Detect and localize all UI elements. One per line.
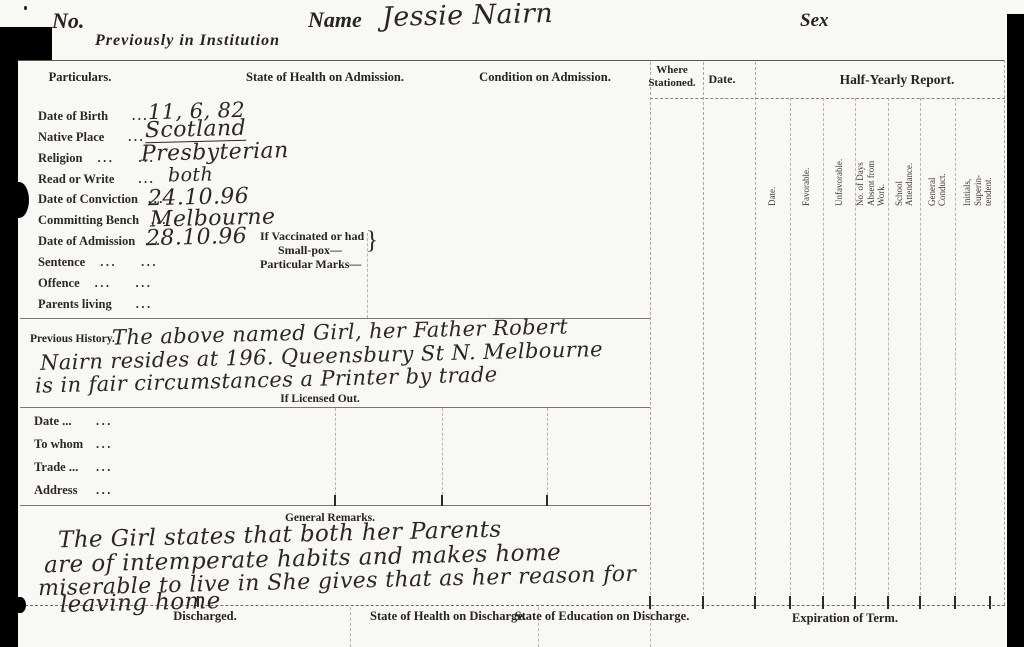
tick-mark	[954, 596, 956, 609]
col-header-date: Date.	[709, 72, 736, 87]
field-label: Parents living	[38, 297, 112, 311]
field-row-parents-living: Parents living...	[38, 297, 153, 315]
dot-leader: ...	[136, 297, 153, 311]
tick-mark	[754, 596, 756, 609]
tick-mark	[546, 495, 548, 506]
col-header-health-admission: State of Health on Admission.	[246, 70, 404, 85]
name-handwritten-value: Jessie Nairn	[382, 0, 554, 31]
rule-col-date-left	[703, 62, 704, 605]
dot-leader: ...	[96, 460, 113, 475]
value-religion: Presbyterian	[141, 140, 289, 166]
col-header-particulars: Particulars.	[49, 70, 112, 85]
scanned-record-page: No. Previously in Institution Name Jessi…	[0, 0, 1024, 647]
health-discharge-label: State of Health on Discharge.	[370, 609, 526, 624]
col-header-where-stationed: Where Stationed.	[648, 64, 695, 90]
licensed-row-date: Date ......	[34, 414, 72, 432]
vaccination-line1: If Vaccinated or had	[260, 229, 364, 244]
hyr-col-header-unfavorable: Unfavorable.	[822, 102, 856, 206]
field-label: Date of Conviction	[38, 192, 138, 206]
rule-header-bottom	[18, 60, 1005, 61]
name-label: Name	[308, 7, 362, 33]
tick-mark	[334, 495, 336, 506]
no-label: No.	[52, 8, 84, 34]
col-header-condition-admission: Condition on Admission.	[479, 70, 611, 85]
tick-mark	[789, 596, 791, 609]
tick-mark	[887, 596, 889, 609]
previously-in-institution-label: Previously in Institution	[95, 32, 280, 50]
field-row-date-of-admission: Date of Admission...	[38, 234, 162, 252]
licensed-row-to-whom: To whom...	[34, 437, 83, 455]
discharged-label: Discharged.	[173, 609, 237, 624]
scan-corner-white	[0, 0, 52, 27]
licensed-row-address: Address...	[34, 483, 78, 501]
if-licensed-out-title: If Licensed Out.	[280, 393, 360, 405]
field-label: Address	[34, 483, 78, 497]
particular-marks-label: Particular Marks—	[260, 257, 361, 272]
hyr-col-header-school-attendance: School Attendance.	[887, 102, 921, 206]
hyr-col-header-date: Date.	[755, 102, 789, 206]
field-label: Date ...	[34, 414, 72, 428]
field-row-date-of-birth: Date of Birth...	[38, 109, 149, 127]
scan-corner-white-right	[1007, 0, 1024, 14]
tick-mark	[989, 596, 991, 609]
value-date-of-admission: 28.10.96	[146, 226, 248, 250]
tick-mark	[649, 596, 651, 609]
rule-hyr-col-6	[955, 98, 956, 605]
vaccination-line2: Small-pox—	[278, 243, 342, 258]
field-row-date-of-conviction: Date of Conviction...	[38, 192, 165, 210]
scan-speck	[24, 6, 27, 10]
dot-leader: ...	[136, 276, 153, 290]
field-label: Date of Birth	[38, 109, 108, 123]
field-label: To whom	[34, 437, 83, 451]
rule-licensed-col-3	[547, 408, 548, 505]
field-label: Date of Admission	[38, 234, 135, 248]
tick-mark	[919, 596, 921, 609]
field-label: Committing Bench	[38, 213, 139, 227]
tick-mark	[822, 596, 824, 609]
scan-corner-black	[0, 27, 52, 60]
field-row-sentence: Sentence......	[38, 255, 158, 273]
rule-form-right-edge	[1004, 60, 1005, 605]
dot-leader: ...	[96, 437, 113, 452]
licensed-row-trade: Trade ......	[34, 460, 78, 478]
field-label: Religion	[38, 151, 82, 165]
dot-leader: ...	[97, 151, 114, 165]
expiration-of-term-label: Expiration of Term.	[792, 611, 898, 626]
field-label: Read or Write	[38, 172, 114, 186]
hyr-col-header-initials-superintendent: Initials, Superin- tendent.	[961, 102, 995, 206]
dot-leader: ...	[96, 414, 113, 429]
field-label: Native Place	[38, 130, 104, 144]
hyr-col-header-days-absent: No. of Days Absent from Work.	[854, 102, 888, 206]
field-row-native-place: Native Place...	[38, 130, 145, 148]
dot-leader: ...	[96, 483, 113, 498]
value-read-or-write: both	[168, 165, 214, 185]
field-row-offence: Offence......	[38, 276, 152, 294]
hyr-col-header-general-conduct: General Conduct.	[920, 102, 954, 206]
rule-col-where-left	[650, 62, 651, 605]
sex-label: Sex	[800, 10, 829, 32]
tick-mark	[702, 596, 704, 609]
field-row-religion: Religion......	[38, 151, 155, 169]
rule-licensed-col-1	[335, 408, 336, 505]
field-row-read-or-write: Read or Write...	[38, 172, 155, 190]
field-label: Trade ...	[34, 460, 78, 474]
dot-leader: ...	[138, 172, 155, 186]
col-header-half-yearly-report: Half-Yearly Report.	[840, 72, 955, 88]
previous-history-label: Previous History.	[30, 333, 115, 345]
tick-mark	[441, 495, 443, 506]
rule-licensed-col-2	[442, 408, 443, 505]
dot-leader: ...	[141, 255, 158, 269]
field-label: Sentence	[38, 255, 85, 269]
tick-mark	[854, 596, 856, 609]
hyr-col-header-favorable: Favorable.	[789, 102, 823, 206]
field-label: Offence	[38, 276, 80, 290]
rule-footer-col-1	[350, 607, 351, 647]
education-discharge-label: State of Education on Discharge.	[515, 609, 690, 624]
vaccination-brace: }	[366, 227, 378, 255]
dot-leader: ...	[100, 255, 117, 269]
dot-leader: ...	[95, 276, 112, 290]
